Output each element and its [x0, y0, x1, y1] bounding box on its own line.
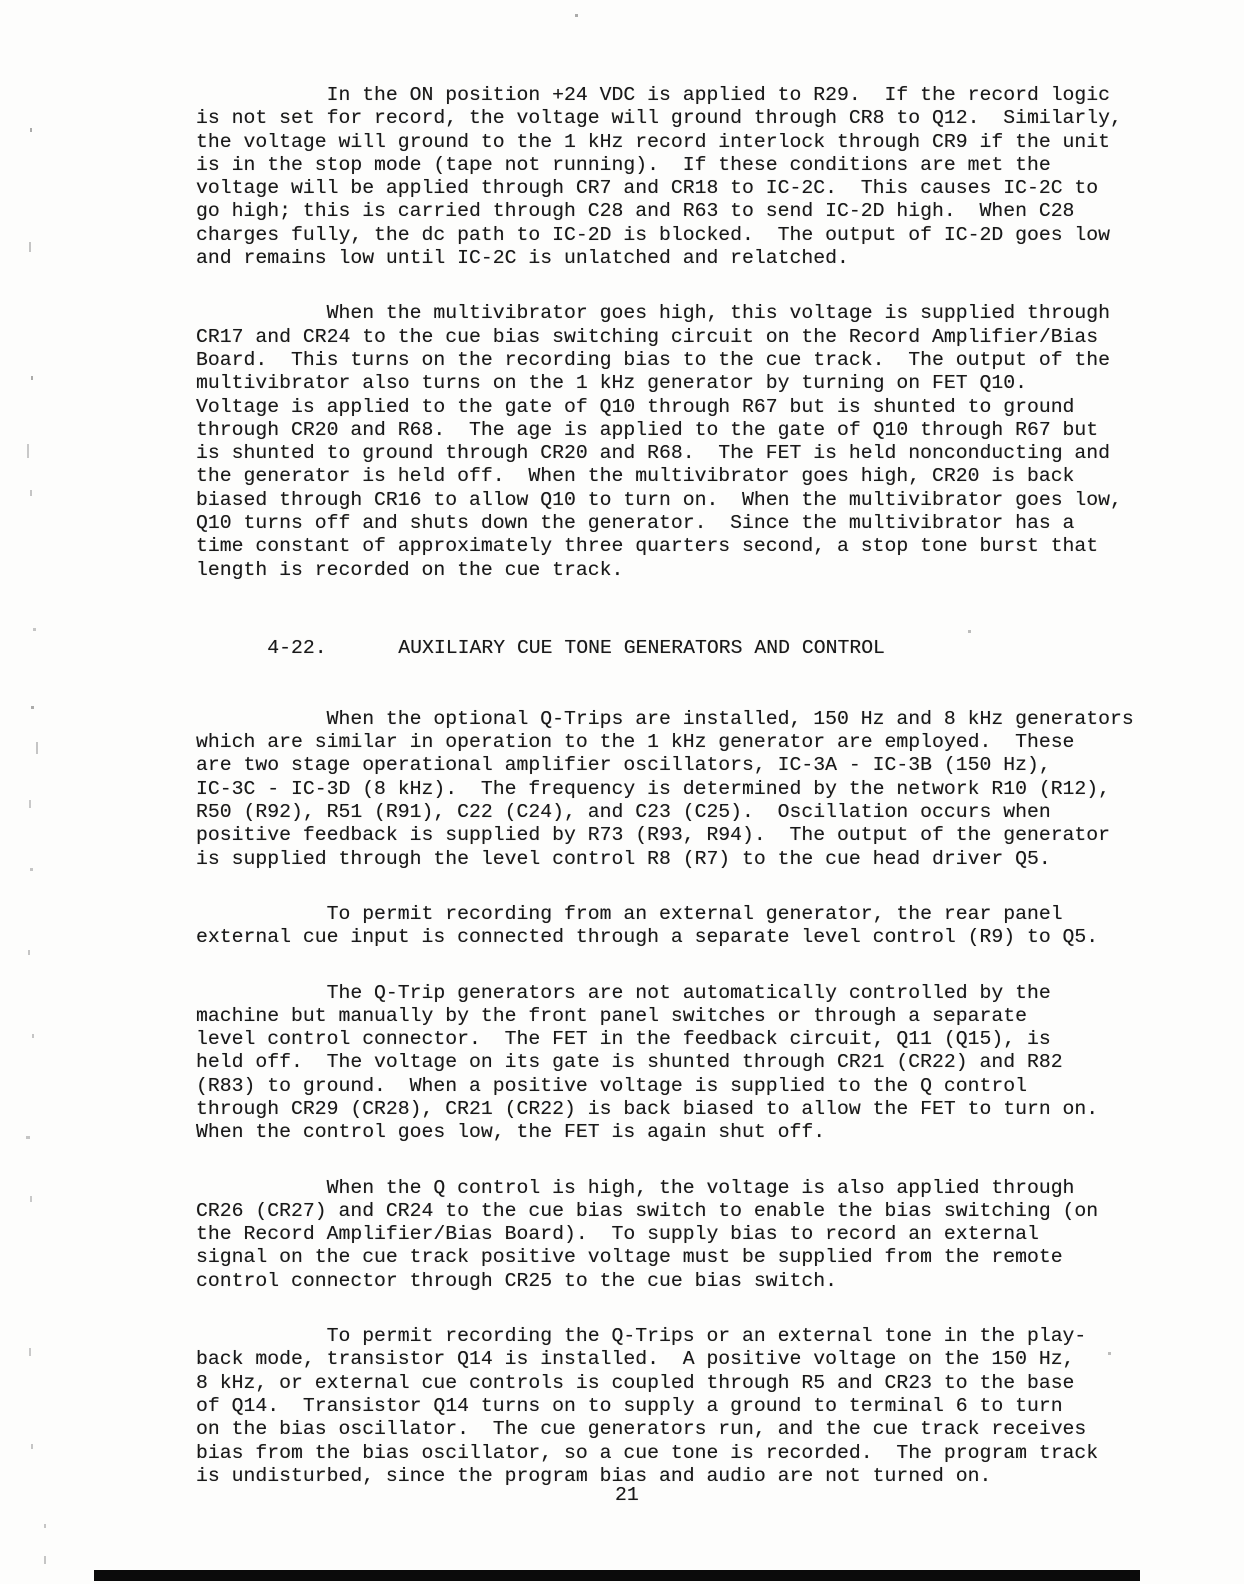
scan-speck — [36, 742, 38, 754]
paragraph: When the optional Q-Trips are installed,… — [196, 708, 1156, 871]
scan-speck — [31, 706, 34, 709]
scan-speck — [30, 868, 33, 871]
scan-speck — [27, 444, 29, 458]
scan-speck — [29, 242, 31, 252]
section-heading: 4-22.AUXILIARY CUE TONE GENERATORS AND C… — [196, 614, 1156, 684]
scan-speck — [30, 128, 32, 132]
scan-speck — [29, 800, 31, 808]
section-title: AUXILIARY CUE TONE GENERATORS AND CONTRO… — [398, 637, 885, 659]
document-page: In the ON position +24 VDC is applied to… — [0, 0, 1244, 1584]
scan-speck — [968, 630, 971, 633]
paragraph: In the ON position +24 VDC is applied to… — [196, 84, 1156, 270]
page-number: 21 — [615, 1484, 639, 1507]
scan-artifact-bar — [94, 1570, 1140, 1581]
scan-speck — [26, 1136, 30, 1139]
paragraph: When the multivibrator goes high, this v… — [196, 302, 1156, 582]
section-number: 4-22. — [267, 637, 398, 660]
scan-speck — [44, 1556, 46, 1564]
scan-speck — [31, 376, 33, 380]
paragraph: When the Q control is high, the voltage … — [196, 1177, 1156, 1293]
scan-speck — [28, 950, 30, 955]
scan-speck — [1108, 1352, 1111, 1355]
paragraph: To permit recording the Q-Trips or an ex… — [196, 1325, 1156, 1488]
scan-speck — [31, 1444, 33, 1449]
paragraph: To permit recording from an external gen… — [196, 903, 1156, 950]
scan-speck — [33, 628, 36, 631]
scan-speck — [30, 1196, 32, 1202]
scan-speck — [44, 1524, 46, 1528]
scan-speck — [32, 1034, 34, 1038]
scan-speck — [30, 490, 32, 496]
scan-speck — [29, 1348, 31, 1356]
scan-speck — [575, 14, 578, 17]
paragraph: The Q-Trip generators are not automatica… — [196, 982, 1156, 1145]
text-body: In the ON position +24 VDC is applied to… — [196, 84, 1156, 1520]
